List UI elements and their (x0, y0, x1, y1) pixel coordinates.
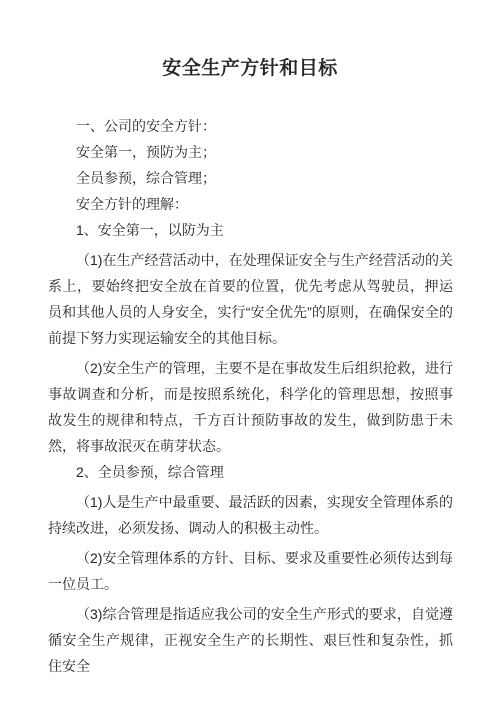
paragraph-safety-first-1: （1)在生产经营活动中，在处理保证安全与生产经营活动的关系上，要始终把安全放在首… (48, 247, 453, 351)
document-body: 一、公司的安全方针： 安全第一，预防为主； 全员参预，综合管理； 安全方针的理解… (48, 113, 453, 679)
paragraph-participate-1: （1)人是生产中最重要、最活跃的因素，实现安全管理体系的持续改进，必须发扬、调动… (48, 489, 453, 541)
paragraph-safety-first-2: （2)安全生产的管理，主要不是在事故发生后组织抢救，进行事故调查和分析，而是按照… (48, 355, 453, 459)
subheading-safety-first: 1、安全第一，以防为主 (48, 217, 453, 243)
policy-line-all-participate: 全员参预，综合管理； (48, 165, 453, 191)
document-title: 安全生产方针和目标 (0, 0, 500, 81)
heading-policy-understanding: 安全方针的理解： (48, 191, 453, 217)
document-page: 安全生产方针和目标 一、公司的安全方针： 安全第一，预防为主； 全员参预，综合管… (0, 0, 500, 707)
paragraph-participate-2: （2)安全管理体系的方针、目标、要求及重要性必须传达到每一位员工。 (48, 545, 453, 597)
heading-company-policy: 一、公司的安全方针： (48, 113, 453, 139)
subheading-all-participate: 2、全员参预，综合管理 (48, 459, 453, 485)
paragraph-participate-3: （3)综合管理是指适应我公司的安全生产形式的要求，自觉遵循安全生产规律，正视安全… (48, 601, 453, 679)
policy-line-safety-first: 安全第一，预防为主； (48, 139, 453, 165)
